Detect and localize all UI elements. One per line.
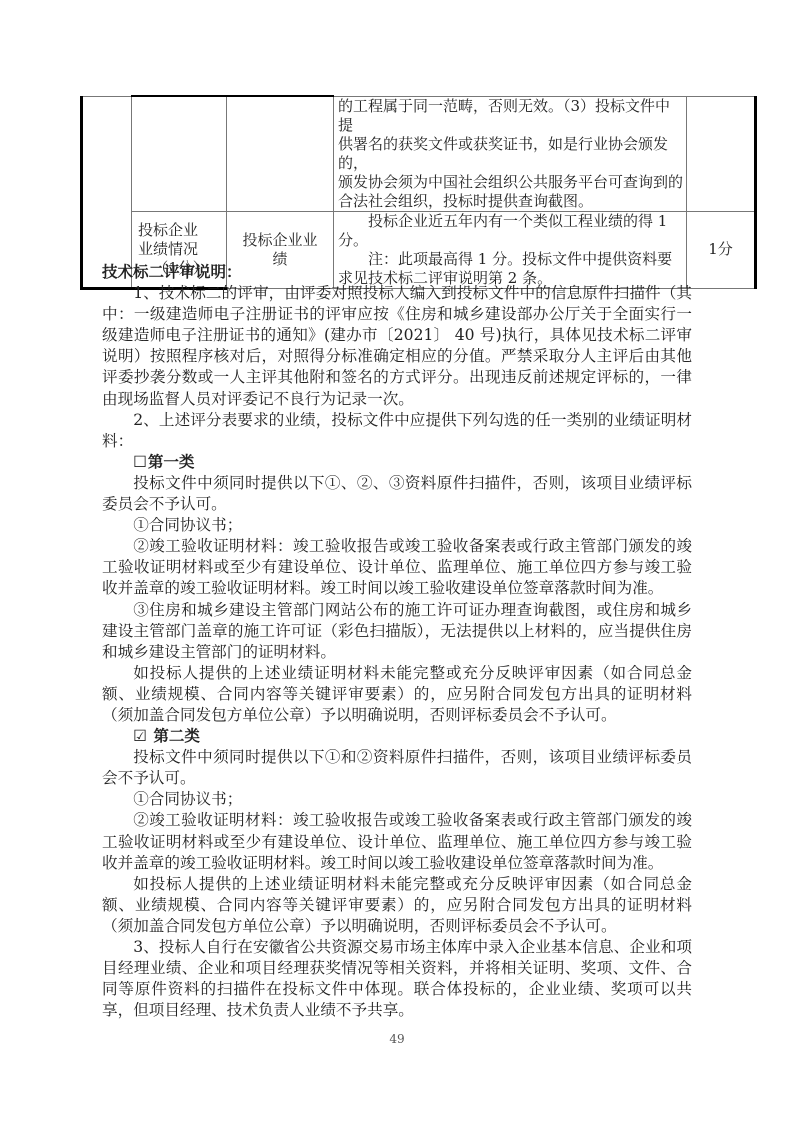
criteria-line: 供署名的获奖文件或获奖证书，如是行业协会颁发的，: [338, 135, 683, 173]
page-number: 49: [0, 1032, 794, 1046]
category-1-item-2: ②竣工验收证明材料：竣工验收报告或竣工验收备案表或行政主管部门颁发的竣工验收证明…: [102, 536, 692, 599]
category-2-item-1: ①合同协议书；: [102, 789, 692, 810]
category-1-title: 第一类: [148, 453, 195, 471]
category-2-title: 第二类: [153, 727, 200, 745]
criteria-line: 颁发协会须为中国社会组织公共服务平台可查询到的: [338, 173, 683, 192]
paragraph-2: 2、上述评分表要求的业绩，投标文件中应提供下列勾选的任一类别的业绩证明材料：: [102, 410, 692, 452]
paragraph-1: 1、技术标二的评审，由评委对照投标人编入到投标文件中的信息原件扫描件（其中：一级…: [102, 283, 692, 410]
table-cell-subitem: [227, 96, 334, 211]
review-instructions: 技术标二评审说明： 1、技术标二的评审，由评委对照投标人编入到投标文件中的信息原…: [102, 262, 692, 1021]
item-line: 投标企业: [138, 221, 223, 240]
criteria-line: 的工程属于同一范畴，否则无效。（3）投标文件中提: [338, 97, 683, 135]
table-cell-criteria: 的工程属于同一范畴，否则无效。（3）投标文件中提 供署名的获奖文件或获奖证书，如…: [334, 96, 687, 211]
table-cell-category: [82, 96, 132, 288]
category-2-note: 如投标人提供的上述业绩证明材料未能完整或充分反映评审因素（如合同总金额、业绩规模…: [102, 874, 692, 937]
subitem-line: 投标企业业: [230, 231, 330, 250]
category-2-item-2: ②竣工验收证明材料：竣工验收报告或竣工验收备案表或行政主管部门颁发的竣工验收证明…: [102, 810, 692, 873]
paragraph-3: 3、投标人自行在安徽省公共资源交易市场主体库中录入企业基本信息、企业和项目经理业…: [102, 937, 692, 1021]
table-cell-score: 1分: [687, 211, 756, 288]
category-1-intro: 投标文件中须同时提供以下①、②、③资料原件扫描件，否则，该项目业绩评标委员会不予…: [102, 473, 692, 515]
table-row: 的工程属于同一范畴，否则无效。（3）投标文件中提 供署名的获奖文件或获奖证书，如…: [82, 96, 756, 211]
unchecked-checkbox-icon: ☐: [133, 452, 147, 473]
checked-checkbox-icon: ☑: [133, 726, 147, 747]
category-1-note: 如投标人提供的上述业绩证明材料未能完整或充分反映评审因素（如合同总金额、业绩规模…: [102, 663, 692, 726]
criteria-line: 合法社会组织，投标时提供查询截图。: [338, 192, 683, 211]
section-heading: 技术标二评审说明：: [102, 262, 692, 283]
category-1-item-1: ①合同协议书；: [102, 515, 692, 536]
document-page: 的工程属于同一范畴，否则无效。（3）投标文件中提 供署名的获奖文件或获奖证书，如…: [0, 0, 794, 1122]
category-2-heading: ☑ 第二类: [102, 726, 692, 747]
criteria-paragraph: 投标企业近五年内有一个类似工程业绩的得 1 分。: [338, 212, 683, 250]
table-cell-score: [687, 96, 756, 211]
category-1-heading: ☐第一类: [102, 452, 692, 473]
scoring-table: 的工程属于同一范畴，否则无效。（3）投标文件中提 供署名的获奖文件或获奖证书，如…: [80, 95, 757, 290]
item-line: 业绩情况: [138, 240, 223, 259]
table-cell-item: [132, 96, 227, 211]
category-2-intro: 投标文件中须同时提供以下①和②资料原件扫描件，否则，该项目业绩评标委员会不予认可…: [102, 747, 692, 789]
category-1-item-3: ③住房和城乡建设主管部门网站公布的施工许可证办理查询截图，或住房和城乡建设主管部…: [102, 600, 692, 663]
